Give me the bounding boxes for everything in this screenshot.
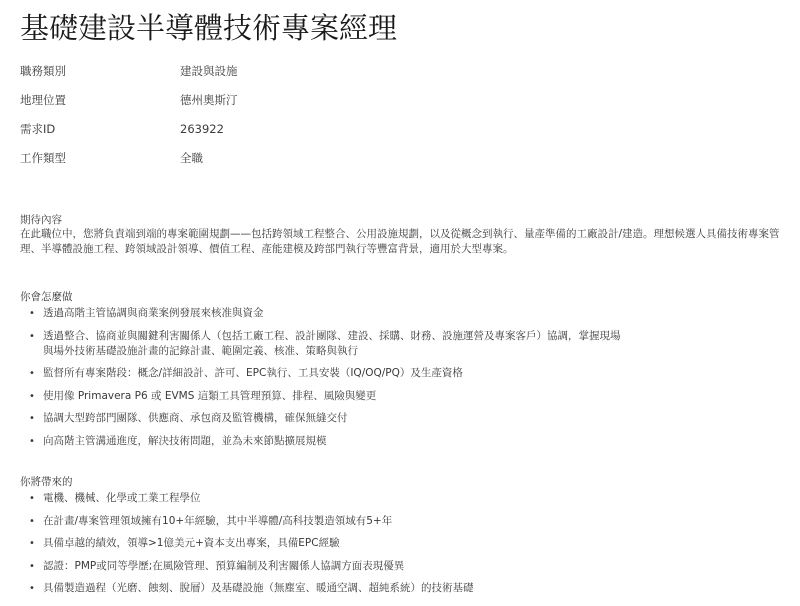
meta-value: 全職 bbox=[180, 150, 520, 166]
section-responsibilities: 你會怎麼做 • 透過高階主管協調與商業案例發展來核准與資金 • 透過整合、協商並… bbox=[20, 290, 790, 456]
list-item: • 透過高階主管協調與商業案例發展來核准與資金 bbox=[20, 306, 623, 321]
list-item: • 具備卓越的績效，領導>1億美元+資本支出專案，具備EPC經驗 bbox=[20, 536, 623, 551]
bullet-icon: • bbox=[29, 536, 35, 551]
meta-row-requisition-id: 需求ID 263922 bbox=[20, 114, 520, 143]
list-item-text: 在計畫/專案管理領域擁有10+年經驗，其中半導體/高科技製造領域有5+年 bbox=[43, 515, 392, 527]
list-item-text: 協調大型跨部門團隊、供應商、承包商及監管機構，確保無縫交付 bbox=[43, 412, 348, 424]
section-expectations: 期待內容 在此職位中，您將負責端到端的專案範圍規劃——包括跨領域工程整合、公用設… bbox=[20, 213, 790, 256]
list-item: • 監督所有專案階段：概念/詳細設計、許可、EPC執行、工具安裝（IQ/OQ/P… bbox=[20, 366, 623, 381]
list-item: • 使用像 Primavera P6 或 EVMS 這類工具管理預算、排程、風險… bbox=[20, 389, 623, 404]
bullet-icon: • bbox=[29, 329, 35, 344]
meta-value: 263922 bbox=[180, 122, 520, 136]
meta-value: 德州奧斯汀 bbox=[180, 92, 520, 108]
list-item: • 具備製造過程（光磨、蝕刻、脫層）及基礎設施（無塵室、暖通空調、超純系統）的技… bbox=[20, 581, 623, 596]
list-item-text: 具備卓越的績效，領導>1億美元+資本支出專案，具備EPC經驗 bbox=[43, 537, 340, 549]
qualifications-list: • 電機、機械、化學或工業工程學位 • 在計畫/專案管理領域擁有10+年經驗，其… bbox=[20, 491, 790, 596]
meta-label: 工作類型 bbox=[20, 150, 180, 166]
page-title: 基礎建設半導體技術專案經理 bbox=[20, 6, 397, 47]
job-meta-table: 職務類別 建設與設施 地理位置 德州奧斯汀 需求ID 263922 工作類型 全… bbox=[20, 56, 520, 172]
meta-row-job-type: 工作類型 全職 bbox=[20, 143, 520, 172]
list-item: • 電機、機械、化學或工業工程學位 bbox=[20, 491, 623, 506]
responsibilities-list: • 透過高階主管協調與商業案例發展來核准與資金 • 透過整合、協商並與關鍵利害關… bbox=[20, 306, 790, 449]
bullet-icon: • bbox=[29, 514, 35, 529]
bullet-icon: • bbox=[29, 306, 35, 321]
bullet-icon: • bbox=[29, 491, 35, 506]
section-heading: 你會怎麼做 bbox=[20, 290, 790, 304]
list-item: • 在計畫/專案管理領域擁有10+年經驗，其中半導體/高科技製造領域有5+年 bbox=[20, 514, 623, 529]
bullet-icon: • bbox=[29, 434, 35, 449]
meta-label: 職務類別 bbox=[20, 63, 180, 79]
bullet-icon: • bbox=[29, 366, 35, 381]
section-body: 在此職位中，您將負責端到端的專案範圍規劃——包括跨領域工程整合、公用設施規劃，以… bbox=[20, 227, 790, 256]
list-item-text: 認證：PMP或同等學歷;在風險管理、預算編制及利害關係人協調方面表現優異 bbox=[43, 560, 404, 572]
meta-label: 地理位置 bbox=[20, 92, 180, 108]
list-item: • 認證：PMP或同等學歷;在風險管理、預算編制及利害關係人協調方面表現優異 bbox=[20, 559, 623, 574]
list-item: • 向高階主管溝通進度，解決技術問題，並為未來節點擴展規模 bbox=[20, 434, 623, 449]
meta-row-category: 職務類別 建設與設施 bbox=[20, 56, 520, 85]
list-item-text: 電機、機械、化學或工業工程學位 bbox=[43, 492, 201, 504]
list-item: • 透過整合、協商並與關鍵利害關係人（包括工廠工程、設計團隊、建設、採購、財務、… bbox=[20, 329, 623, 359]
list-item-text: 向高階主管溝通進度，解決技術問題，並為未來節點擴展規模 bbox=[43, 435, 327, 447]
list-item-text: 透過高階主管協調與商業案例發展來核准與資金 bbox=[43, 307, 264, 319]
bullet-icon: • bbox=[29, 559, 35, 574]
bullet-icon: • bbox=[29, 411, 35, 426]
section-heading: 你將帶來的 bbox=[20, 475, 790, 489]
list-item: • 協調大型跨部門團隊、供應商、承包商及監管機構，確保無縫交付 bbox=[20, 411, 623, 426]
list-item-text: 使用像 Primavera P6 或 EVMS 這類工具管理預算、排程、風險與變… bbox=[43, 390, 376, 402]
bullet-icon: • bbox=[29, 581, 35, 596]
meta-row-location: 地理位置 德州奧斯汀 bbox=[20, 85, 520, 114]
list-item-text: 監督所有專案階段：概念/詳細設計、許可、EPC執行、工具安裝（IQ/OQ/PQ）… bbox=[43, 367, 463, 379]
section-heading: 期待內容 bbox=[20, 213, 790, 227]
list-item-text: 透過整合、協商並與關鍵利害關係人（包括工廠工程、設計團隊、建設、採購、財務、設施… bbox=[43, 330, 621, 357]
bullet-icon: • bbox=[29, 389, 35, 404]
meta-label: 需求ID bbox=[20, 121, 180, 137]
meta-value: 建設與設施 bbox=[180, 63, 520, 79]
section-qualifications: 你將帶來的 • 電機、機械、化學或工業工程學位 • 在計畫/專案管理領域擁有10… bbox=[20, 475, 790, 604]
list-item-text: 具備製造過程（光磨、蝕刻、脫層）及基礎設施（無塵室、暖通空調、超純系統）的技術基… bbox=[43, 582, 474, 594]
